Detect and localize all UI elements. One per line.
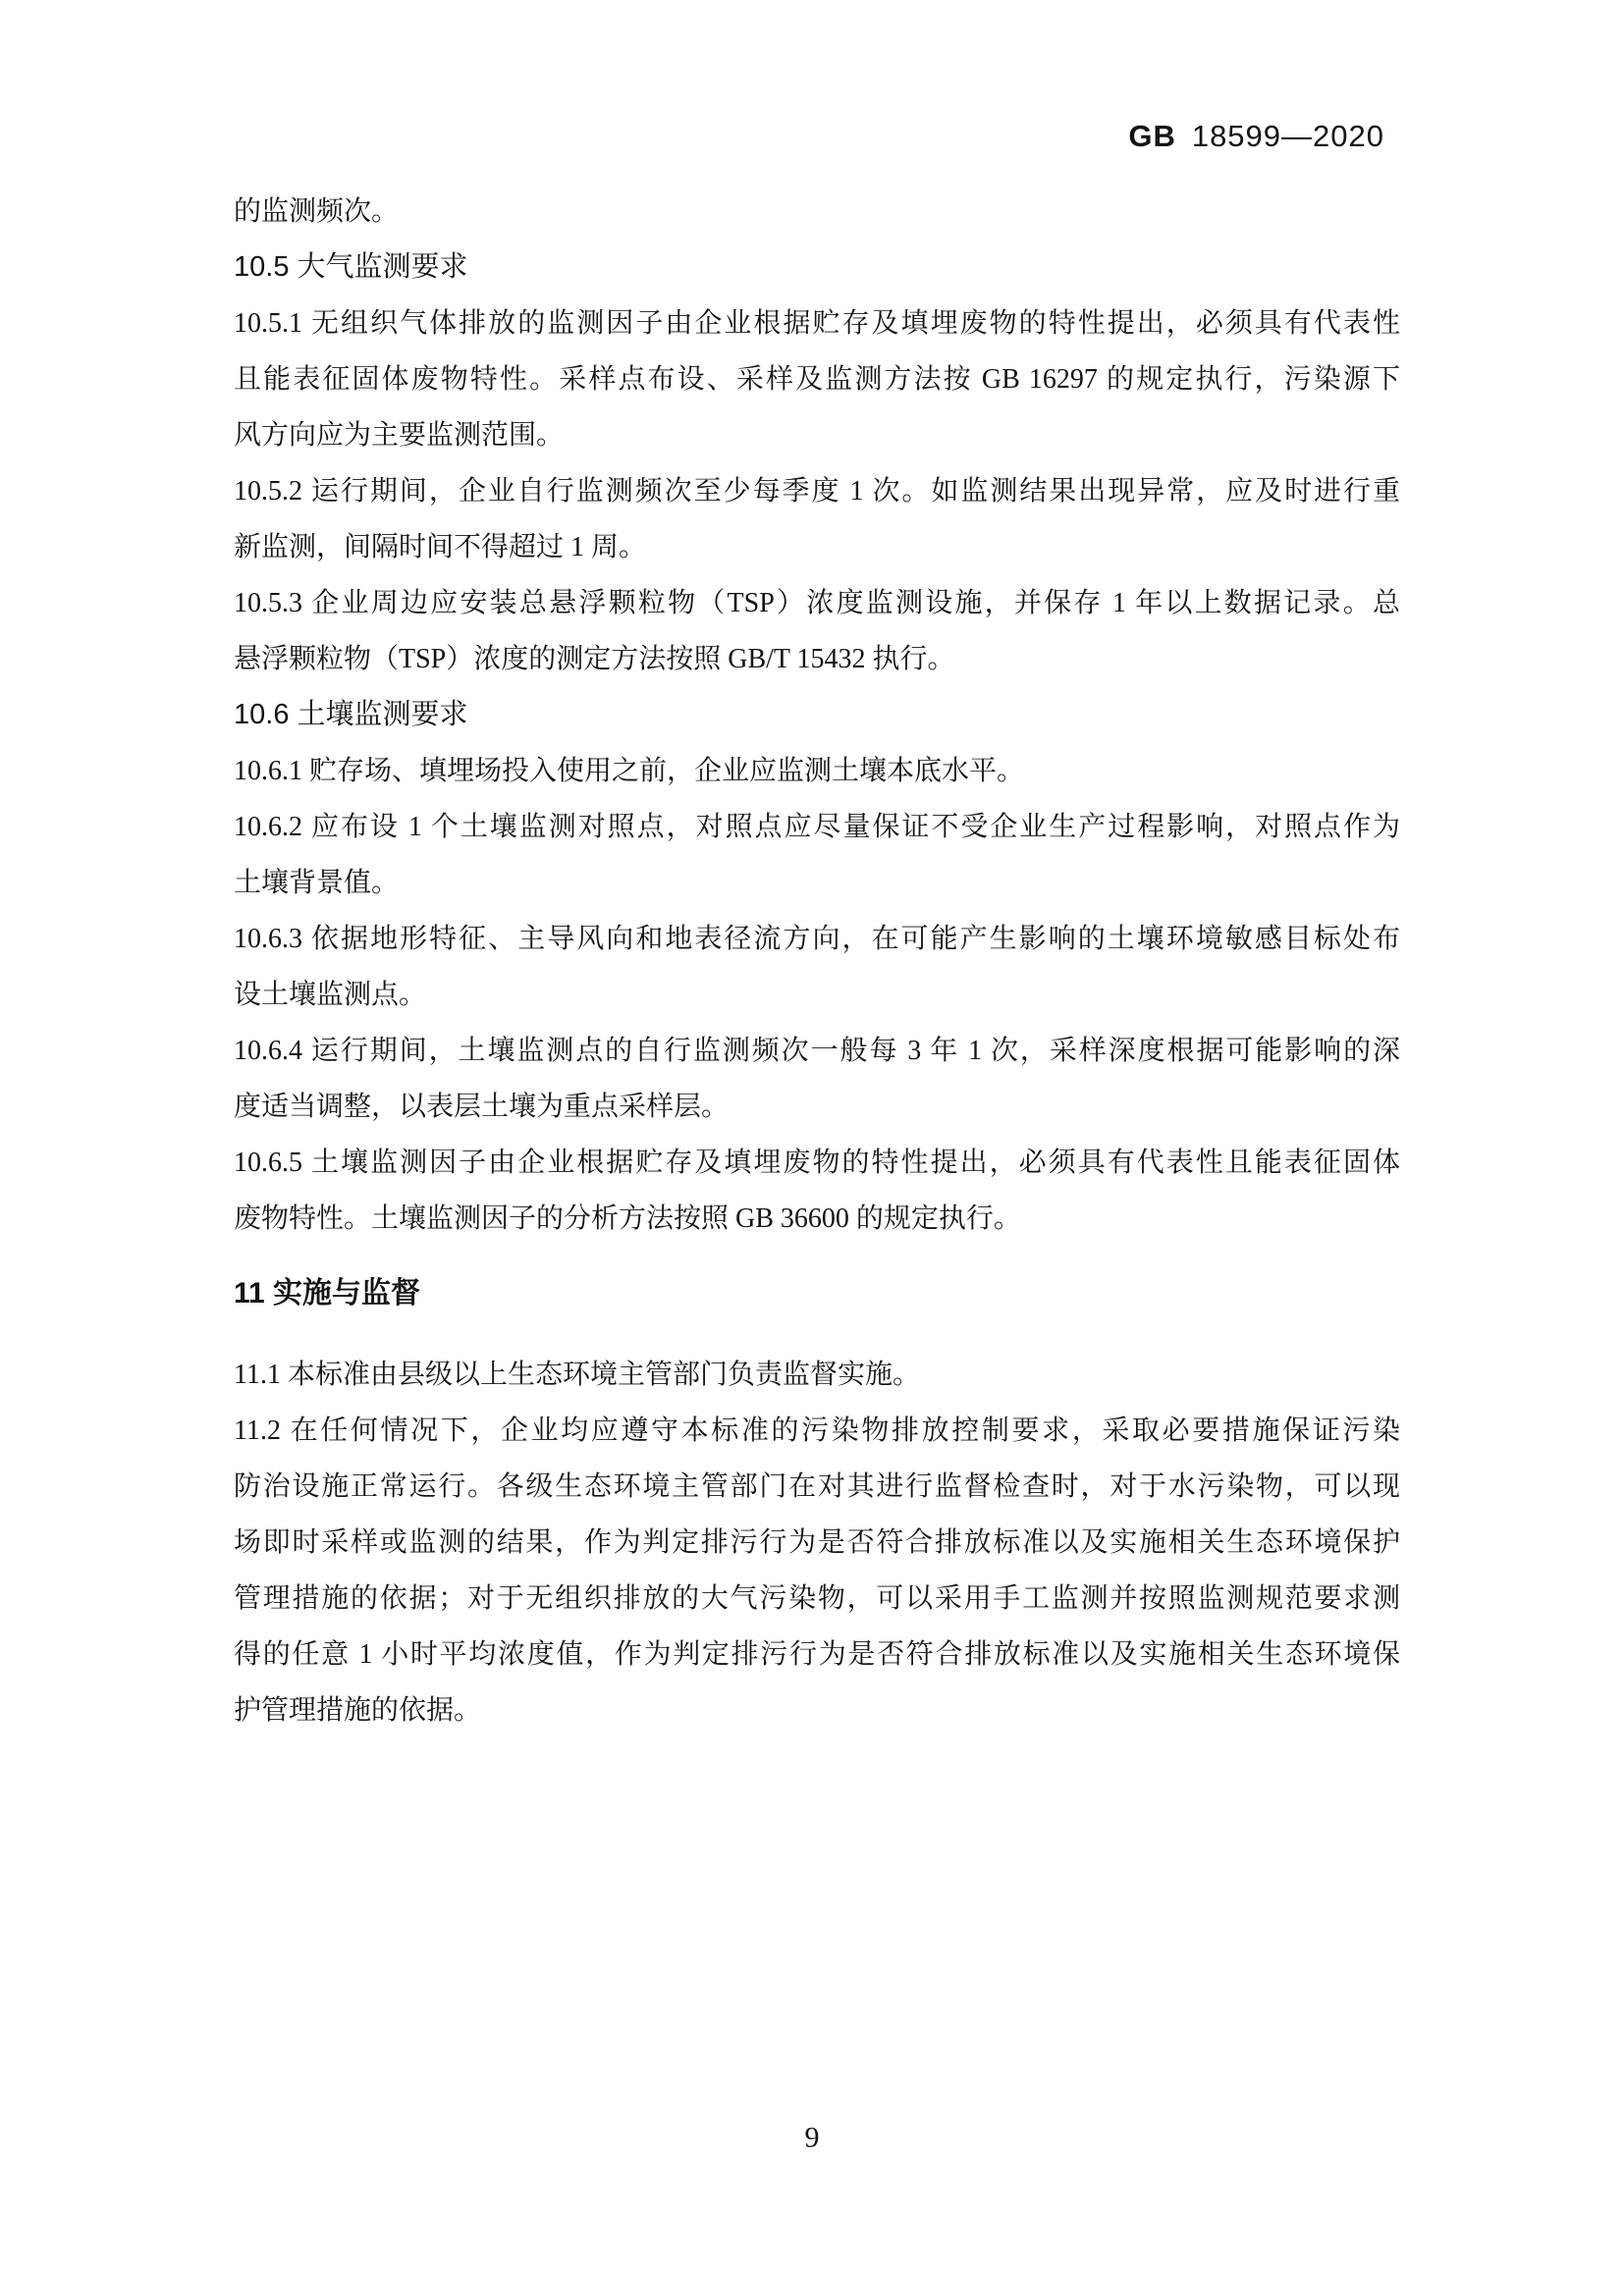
clause-10-6-1-line-1: 10.6.1 贮存场、填埋场投入使用之前，企业应监测土壤本底水平。 [234, 743, 1400, 799]
clause-11-2-line-3: 场即时采样或监测的结果，作为判定排污行为是否符合排放标准以及实施相关生态环境保护 [234, 1515, 1400, 1571]
clause-10-6-4-line-1: 10.6.4 运行期间，土壤监测点的自行监测频次一般每 3 年 1 次，采样深度… [234, 1023, 1400, 1079]
clause-10-6-2-line-2: 土壤背景值。 [234, 855, 1400, 911]
page-footer: 9 [0, 2120, 1624, 2156]
clause-heading-10-6: 10.6 土壤监测要求 [234, 687, 1400, 743]
page-number: 9 [805, 2121, 820, 2154]
standard-code-header: GB18599—2020 [1128, 120, 1384, 153]
clause-10-5-2-line-1: 10.5.2 运行期间，企业自行监测频次至少每季度 1 次。如监测结果出现异常，… [234, 463, 1400, 519]
clause-10-6-3-line-2: 设土壤监测点。 [234, 967, 1400, 1023]
document-page: GB18599—2020 的监测频次。 10.5 大气监测要求 10.5.1 无… [0, 0, 1624, 2296]
clause-10-6-4-line-2: 度适当调整，以表层土壤为重点采样层。 [234, 1079, 1400, 1135]
clause-10-5-1-line-3: 风方向应为主要监测范围。 [234, 407, 1400, 463]
clause-11-2-line-6: 护管理措施的依据。 [234, 1682, 1400, 1738]
clause-11-2-line-4: 管理措施的依据；对于无组织排放的大气污染物，可以采用手工监测并按照监测规范要求测 [234, 1571, 1400, 1627]
clause-10-6-3-line-1: 10.6.3 依据地形特征、主导风向和地表径流方向，在可能产生影响的土壤环境敏感… [234, 911, 1400, 967]
clause-10-6-2-line-1: 10.6.2 应布设 1 个土壤监测对照点，对照点应尽量保证不受企业生产过程影响… [234, 799, 1400, 855]
clause-10-6-5-line-2: 废物特性。土壤监测因子的分析方法按照 GB 36600 的规定执行。 [234, 1191, 1400, 1247]
clause-10-5-1-line-2: 且能表征固体废物特性。采样点布设、采样及监测方法按 GB 16297 的规定执行… [234, 351, 1400, 407]
body-line-continuation: 的监测频次。 [234, 184, 1400, 240]
clause-10-5-3-line-1: 10.5.3 企业周边应安装总悬浮颗粒物（TSP）浓度监测设施，并保存 1 年以… [234, 575, 1400, 631]
section-heading-11: 11 实施与监督 [234, 1265, 1400, 1321]
clause-11-2-line-2: 防治设施正常运行。各级生态环境主管部门在对其进行监督检查时，对于水污染物，可以现 [234, 1459, 1400, 1515]
clause-11-2-line-5: 得的任意 1 小时平均浓度值，作为判定排污行为是否符合排放标准以及实施相关生态环… [234, 1627, 1400, 1682]
clause-10-5-1-line-1: 10.5.1 无组织气体排放的监测因子由企业根据贮存及填埋废物的特性提出，必须具… [234, 295, 1400, 351]
clause-heading-10-5: 10.5 大气监测要求 [234, 240, 1400, 295]
standard-code-prefix: GB [1128, 119, 1176, 153]
clause-10-5-3-line-2: 悬浮颗粒物（TSP）浓度的测定方法按照 GB/T 15432 执行。 [234, 631, 1400, 687]
clause-10-5-2-line-2: 新监测，间隔时间不得超过 1 周。 [234, 519, 1400, 575]
clause-11-2-line-1: 11.2 在任何情况下，企业均应遵守本标准的污染物排放控制要求，采取必要措施保证… [234, 1403, 1400, 1459]
clause-10-6-5-line-1: 10.6.5 土壤监测因子由企业根据贮存及填埋废物的特性提出，必须具有代表性且能… [234, 1135, 1400, 1191]
document-body: 的监测频次。 10.5 大气监测要求 10.5.1 无组织气体排放的监测因子由企… [234, 184, 1400, 1738]
clause-11-1-line-1: 11.1 本标准由县级以上生态环境主管部门负责监督实施。 [234, 1347, 1400, 1403]
standard-code-number: 18599—2020 [1192, 119, 1384, 153]
